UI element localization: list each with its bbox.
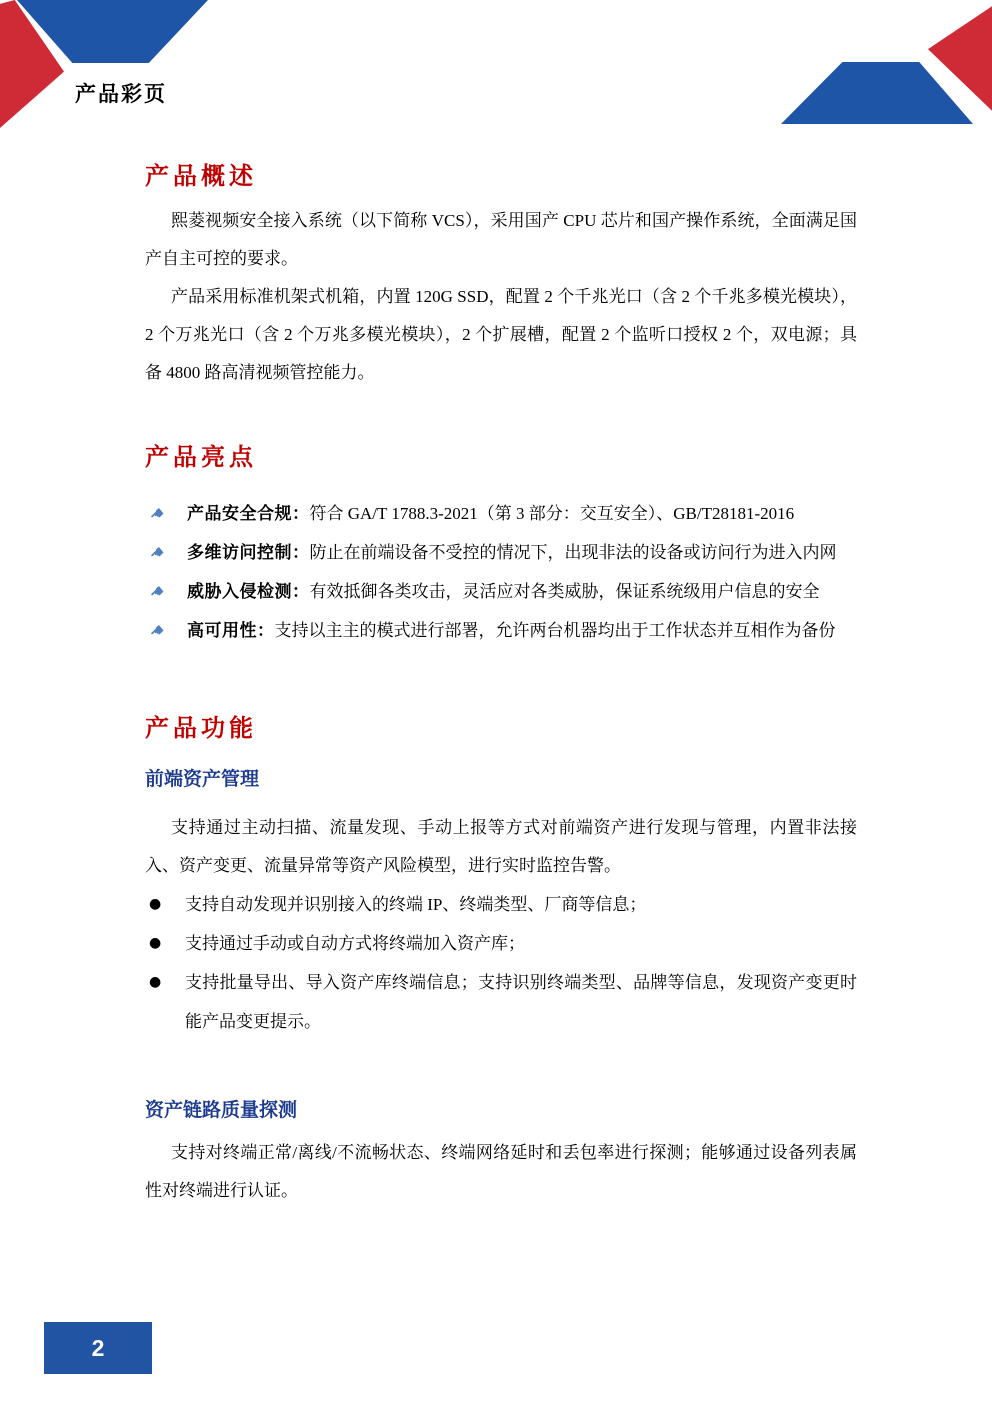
highlight-text: 有效抵御各类攻击，灵活应对各类威胁，保证系统级用户信息的安全: [310, 582, 820, 601]
hand-pointer-icon: ☚: [138, 613, 176, 651]
frontend-assets-paragraph: 支持通过主动扫描、流量发现、手动上报等方式对前端资产进行发现与管理，内置非法接入…: [145, 809, 857, 885]
highlight-text: 符合 GA/T 1788.3-2021（第 3 部分：交互安全）、GB/T281…: [310, 504, 795, 523]
highlight-label: 高可用性：: [187, 621, 275, 640]
bullet-text: 支持自动发现并识别接入的终端 IP、终端类型、厂商等信息；: [185, 895, 646, 914]
overview-paragraph: 熙菱视频安全接入系统（以下简称 VCS），采用国产 CPU 芯片和国产操作系统，…: [145, 202, 857, 278]
bullet-dot-icon: ●: [149, 924, 161, 963]
highlight-text: 支持以主主的模式进行部署，允许两台机器均出于工作状态并互相作为备份: [275, 621, 836, 640]
highlight-item: ☚ 威胁入侵检测：有效抵御各类攻击，灵活应对各类威胁，保证系统级用户信息的安全: [145, 572, 857, 611]
bullet-item: ● 支持批量导出、导入资产库终端信息；支持识别终端类型、品牌等信息，发现资产变更…: [145, 963, 857, 1041]
hand-pointer-icon: ☚: [138, 574, 176, 612]
overview-paragraph: 产品采用标准机架式机箱，内置 120G SSD，配置 2 个千兆光口（含 2 个…: [145, 278, 857, 392]
bullet-text: 支持批量导出、导入资产库终端信息；支持识别终端类型、品牌等信息，发现资产变更时能…: [185, 973, 857, 1031]
brochure-page: 产品彩页 产品概述 熙菱视频安全接入系统（以下简称 VCS），采用国产 CPU …: [0, 0, 992, 1403]
highlight-item: ☚ 多维访问控制：防止在前端设备不受控的情况下，出现非法的设备或访问行为进入内网: [145, 533, 857, 572]
bullet-dot-icon: ●: [149, 885, 161, 924]
overview-paragraphs: 熙菱视频安全接入系统（以下简称 VCS），采用国产 CPU 芯片和国产操作系统，…: [145, 202, 857, 392]
content-column: 产品概述 熙菱视频安全接入系统（以下简称 VCS），采用国产 CPU 芯片和国产…: [145, 0, 857, 1210]
highlight-label: 多维访问控制：: [187, 543, 310, 562]
highlight-label: 产品安全合规：: [187, 504, 310, 523]
section-title-functions: 产品功能: [145, 712, 857, 744]
highlight-item: ☚ 高可用性：支持以主主的模式进行部署，允许两台机器均出于工作状态并互相作为备份: [145, 611, 857, 650]
bullet-item: ● 支持自动发现并识别接入的终端 IP、终端类型、厂商等信息；: [145, 885, 857, 924]
bullet-item: ● 支持通过手动或自动方式将终端加入资产库；: [145, 924, 857, 963]
hand-pointer-icon: ☚: [138, 535, 176, 573]
section-title-overview: 产品概述: [145, 160, 857, 192]
highlights-list: ☚ 产品安全合规：符合 GA/T 1788.3-2021（第 3 部分：交互安全…: [145, 494, 857, 650]
bullet-dot-icon: ●: [149, 963, 161, 1002]
section-title-highlights: 产品亮点: [145, 441, 857, 473]
page-number: 2: [92, 1335, 105, 1362]
hand-pointer-icon: ☚: [138, 496, 176, 534]
highlight-text: 防止在前端设备不受控的情况下，出现非法的设备或访问行为进入内网: [310, 543, 837, 562]
subsection-heading-frontend-assets: 前端资产管理: [145, 768, 857, 792]
bullet-text: 支持通过手动或自动方式将终端加入资产库；: [185, 934, 525, 953]
page-number-box: 2: [44, 1322, 152, 1374]
frontend-assets-bullet-list: ● 支持自动发现并识别接入的终端 IP、终端类型、厂商等信息； ● 支持通过手动…: [145, 885, 857, 1041]
highlight-item: ☚ 产品安全合规：符合 GA/T 1788.3-2021（第 3 部分：交互安全…: [145, 494, 857, 533]
highlight-label: 威胁入侵检测：: [187, 582, 310, 601]
link-quality-paragraph: 支持对终端正常/离线/不流畅状态、终端网络延时和丢包率进行探测；能够通过设备列表…: [145, 1134, 857, 1210]
subsection-heading-link-quality: 资产链路质量探测: [145, 1099, 857, 1123]
